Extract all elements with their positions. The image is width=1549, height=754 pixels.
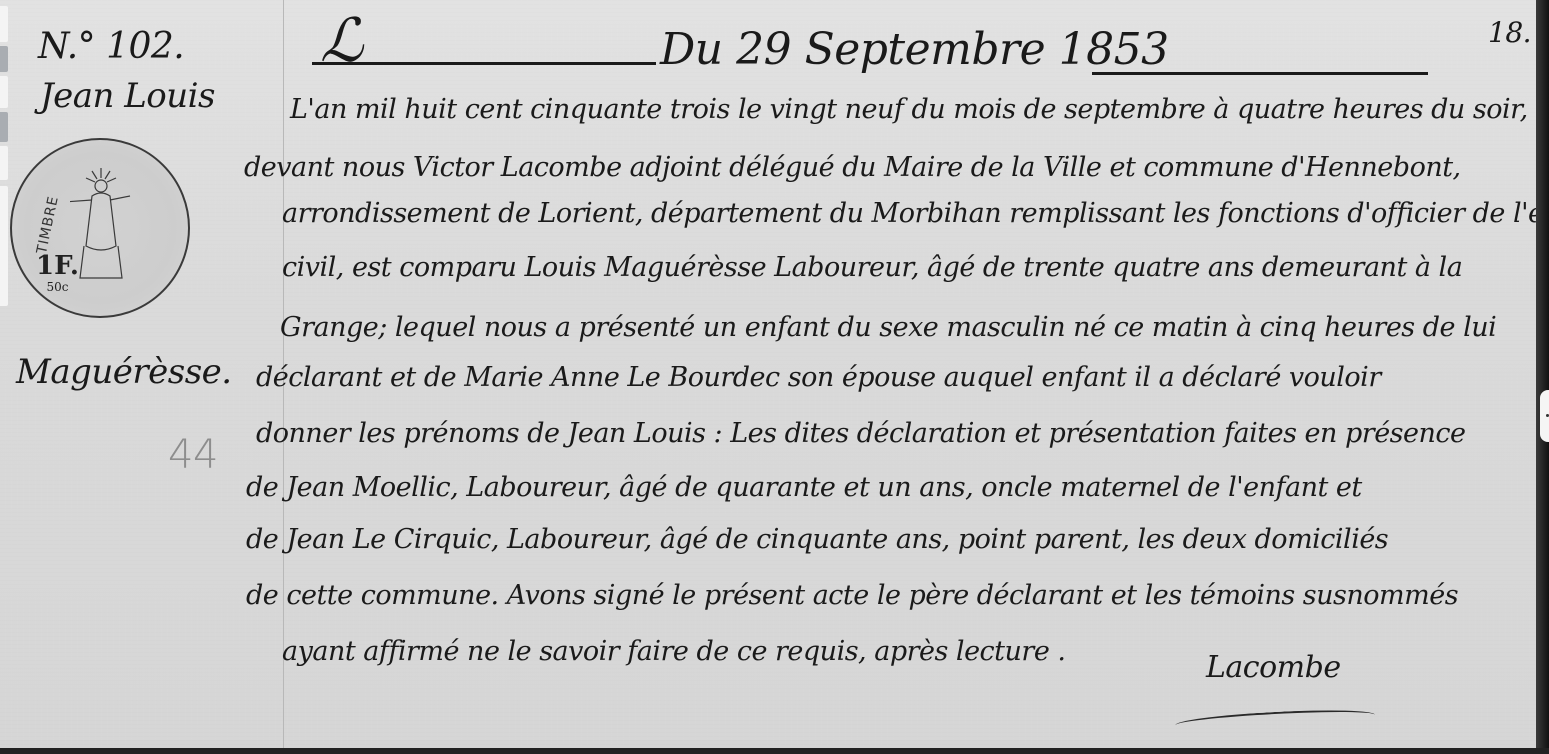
page-thumbnail-strip[interactable] [0,0,9,310]
body-line-9: de Jean Le Cirquic, Laboureur, âgé de ci… [246,524,1388,555]
viewer-right-edge [1536,0,1549,748]
record-date-heading: Du 29 Septembre 1853 [660,24,1169,75]
page-thumbnail[interactable] [0,112,8,142]
folio-number: 18. [1488,16,1531,49]
title-rule-left [312,62,656,65]
document-viewer: N.° 102. Jean Louis Maguérèsse. 44 TIMBR… [0,0,1549,748]
stamp-value: 1F. 50c [36,252,79,294]
stamp-label: TIMBRE [34,194,62,255]
body-line-8: de Jean Moellic, Laboureur, âgé de quara… [246,472,1362,503]
margin-given-names: Jean Louis [40,76,215,116]
body-line-11: ayant affirmé ne le savoir faire de ce r… [282,636,1065,667]
timbre-stamp-icon: TIMBRE 1F. 50c [10,138,190,318]
page-thumbnail[interactable] [0,46,8,72]
title-rule-right [1092,72,1428,75]
document-page: N.° 102. Jean Louis Maguérèsse. 44 TIMBR… [0,0,1536,748]
signature: Lacombe [1206,650,1341,685]
record-number: N.° 102. [38,26,184,67]
seated-figure-icon [70,166,132,286]
body-line-4: civil, est comparu Louis Maguérèsse Labo… [282,252,1462,283]
signature-flourish [1175,707,1376,733]
page-thumbnail[interactable] [0,76,8,108]
body-line-7: donner les prénoms de Jean Louis : Les d… [256,418,1466,449]
margin-surname: Maguérèsse. [16,352,232,392]
body-line-10: de cette commune. Avons signé le présent… [246,580,1458,611]
page-thumbnail[interactable] [0,186,8,306]
body-line-5: Grange; lequel nous a présenté un enfant… [280,312,1496,343]
side-panel-handle[interactable] [1540,390,1549,442]
viewer-bottom-bar [0,748,1549,754]
page-thumbnail[interactable] [0,146,8,180]
body-line-2: devant nous Victor Lacombe adjoint délég… [244,152,1461,183]
page-thumbnail[interactable] [0,6,8,42]
title-flourish: ℒ [320,6,363,76]
body-line-1: L'an mil huit cent cinquante trois le vi… [290,94,1536,125]
margin-annotation-number: 44 [168,432,218,478]
body-line-6: déclarant et de Marie Anne Le Bourdec so… [256,362,1381,393]
body-line-3: arrondissement de Lorient, département d… [282,198,1536,229]
